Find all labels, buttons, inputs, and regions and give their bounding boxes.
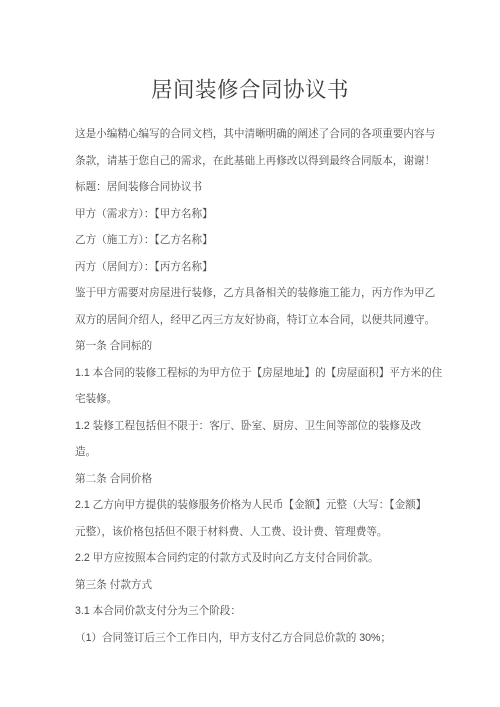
document-line: 丙方（居间方）：【丙方名称】 [75,254,460,281]
document-line: 鉴于甲方需要对房屋进行装修，乙方具备相关的装修施工能力，丙方作为甲乙 [75,280,460,307]
contract-document-page: 居间装修合同协议书 这是小编精心编写的合同文档，其中清晰明确的阐述了合同的各项重… [0,0,500,707]
document-line: 甲方（需求方）：【甲方名称】 [75,201,460,228]
document-line: 条款，请基于您自己的需求，在此基础上再修改以得到最终合同版本，谢谢！ [75,148,460,175]
document-line: 乙方（施工方）：【乙方名称】 [75,227,460,254]
document-line: 造。 [75,439,460,466]
document-line: 这是小编精心编写的合同文档，其中清晰明确的阐述了合同的各项重要内容与 [75,121,460,148]
document-line: 双方的居间介绍人，经甲乙丙三方友好协商，特订立本合同，以便共同遵守。 [75,307,460,334]
document-line: 标题：居间装修合同协议书 [75,174,460,201]
document-line: 2.1 乙方向甲方提供的装修服务价格为人民币【金额】元整（大写：【金额】 [75,492,460,519]
document-line: 第二条 合同价格 [75,466,460,493]
document-line: 1.1 本合同的装修工程标的为甲方位于【房屋地址】的【房屋面积】平方米的住 [75,360,460,387]
document-line: 元整），该价格包括但不限于材料费、人工费、设计费、管理费等。 [75,519,460,546]
document-line: 第一条 合同标的 [75,333,460,360]
document-line: 1.2 装修工程包括但不限于：客厅、卧室、厨房、卫生间等部位的装修及改 [75,413,460,440]
document-line: 3.1 本合同价款支付分为三个阶段： [75,598,460,625]
document-line: 第三条 付款方式 [75,572,460,599]
document-body: 这是小编精心编写的合同文档，其中清晰明确的阐述了合同的各项重要内容与条款，请基于… [0,121,500,651]
document-line: 2.2 甲方应按照本合同约定的付款方式及时向乙方支付合同价款。 [75,545,460,572]
document-line: 宅装修。 [75,386,460,413]
document-line: （1）合同签订后三个工作日内，甲方支付乙方合同总价款的 30%； [75,625,460,652]
document-title: 居间装修合同协议书 [0,0,500,104]
